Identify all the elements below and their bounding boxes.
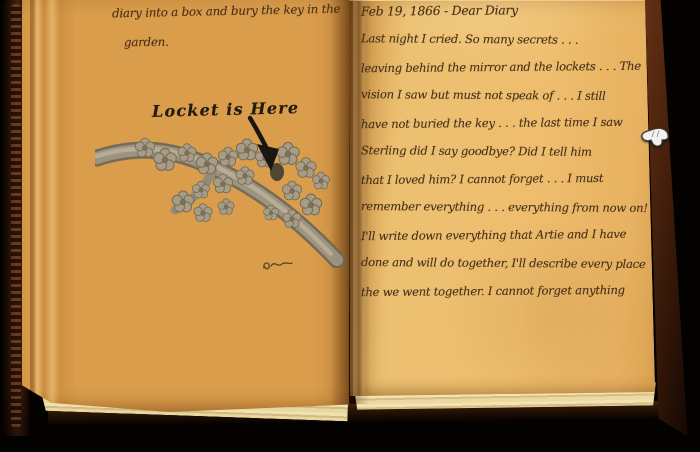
diary-text-line: the we went together. I cannot forget an…	[361, 283, 625, 299]
diary-text-line: diary into a box and bury the key in the	[112, 2, 341, 21]
diary-text-line: I'll write down everything that Artie an…	[361, 227, 626, 243]
left-page-crease	[30, 0, 76, 412]
hand-cursor-icon	[640, 125, 670, 149]
flowering-branch-illustration	[95, 128, 345, 268]
diary-entry: Feb 19, 1866 - Dear Diary Last night I c…	[361, 3, 653, 323]
leather-texture	[11, 4, 21, 428]
diary-entry-date: Feb 19, 1866 - Dear Diary	[361, 2, 518, 18]
diary-text-line: vision I saw but must not speak of . . .…	[361, 87, 606, 103]
diary-text-line: Last night I cried. So many secrets . . …	[361, 31, 578, 47]
diary-text-line: remember everything . . . everything fro…	[361, 199, 648, 215]
game-screen: diary into a box and bury the key in the…	[0, 0, 700, 452]
diary-text-line: done and will do together, I'll describe…	[361, 255, 646, 271]
arrow-shape	[250, 118, 279, 171]
diary-text-line: have not buried the key . . . the last t…	[361, 115, 623, 131]
diary-text-line: Sterling did I say goodbye? Did I tell h…	[361, 143, 592, 159]
diary-text-line: that I loved him? I cannot forget . . . …	[361, 171, 603, 187]
diary-text-line: leaving behind the mirror and the locket…	[361, 59, 641, 75]
diary-text-line: garden.	[124, 35, 169, 49]
locket-arrow-icon	[238, 112, 290, 180]
hand-cursor-shape	[642, 128, 668, 146]
left-page-text: diary into a box and bury the key in the…	[112, 2, 352, 62]
signature-squiggle	[260, 256, 294, 274]
